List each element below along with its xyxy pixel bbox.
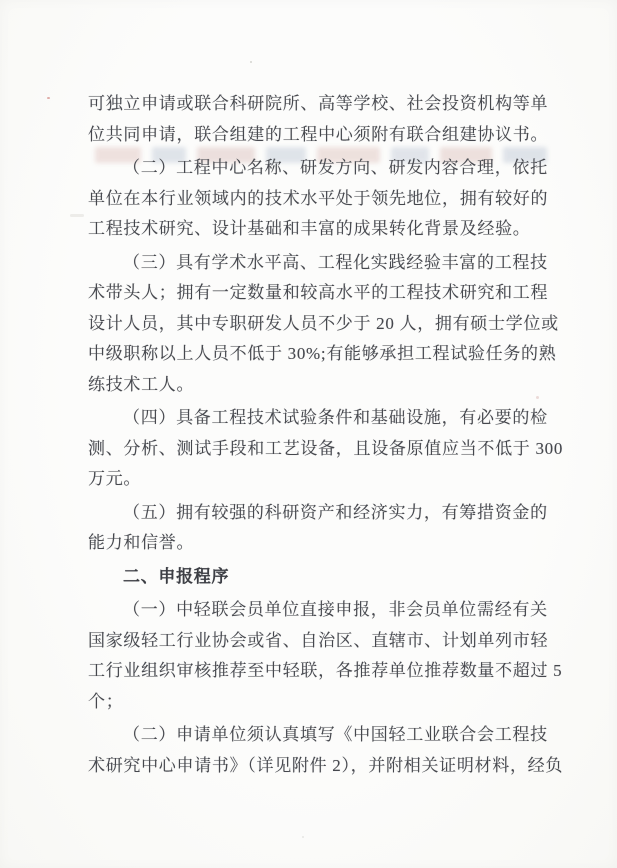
text-line: 术研究中心申请书》（详见附件 2），并附相关证明材料，经负 — [88, 751, 553, 782]
text-line: 术带头人；拥有一定数量和较高水平的工程技术研究和工程 — [88, 278, 553, 309]
text-line: （一）中轻联会员单位直接申报，非会员单位需经有关 — [88, 595, 553, 626]
text-line: （四）具备工程技术试验条件和基础设施，有必要的检 — [88, 403, 553, 434]
text-line: 可独立申请或联合科研院所、高等学校、社会投资机构等单 — [88, 89, 553, 120]
text-line: （二）工程中心名称、研发方向、研发内容合理，依托 — [88, 153, 553, 184]
scan-speck — [302, 836, 304, 838]
text-line: 单位在本行业领域内的技术水平处于领先地位，拥有较好的 — [88, 184, 553, 215]
scan-speck — [70, 214, 84, 217]
text-line: （五）拥有较强的科研资产和经济实力，有筹措资金的 — [88, 498, 553, 529]
text-line: 练技术工人。 — [88, 370, 553, 401]
scan-speck — [250, 61, 252, 63]
text-line: （三）具有学术水平高、工程化实践经验丰富的工程技 — [88, 248, 553, 279]
document-page: 可独立申请或联合科研院所、高等学校、社会投资机构等单 位共同申请，联合组建的工程… — [0, 0, 617, 868]
text-line: 能力和信誉。 — [88, 528, 553, 559]
text-line: 设计人员，其中专职研发人员不少于 20 人，拥有硕士学位或 — [88, 309, 553, 340]
body-text: 可独立申请或联合科研院所、高等学校、社会投资机构等单 位共同申请，联合组建的工程… — [88, 89, 553, 781]
scan-speck — [47, 97, 50, 99]
text-line: 位共同申请，联合组建的工程中心须附有联合组建协议书。 — [88, 120, 553, 151]
section-heading: 二、申报程序 — [88, 562, 553, 593]
text-line: 个； — [88, 687, 553, 718]
text-line: 工行业组织审核推荐至中轻联，各推荐单位推荐数量不超过 5 — [88, 656, 553, 687]
text-line: 测、分析、测试手段和工艺设备，且设备原值应当不低于 300 — [88, 434, 553, 465]
text-line: 国家级轻工行业协会或省、自治区、直辖市、计划单列市轻 — [88, 626, 553, 657]
text-line: （二）申请单位须认真填写《中国轻工业联合会工程技 — [88, 720, 553, 751]
text-line: 万元。 — [88, 464, 553, 495]
text-line: 工程技术研究、设计基础和丰富的成果转化背景及经验。 — [88, 214, 553, 245]
text-line: 中级职称以上人员不低于 30%;有能够承担工程试验任务的熟 — [88, 339, 553, 370]
